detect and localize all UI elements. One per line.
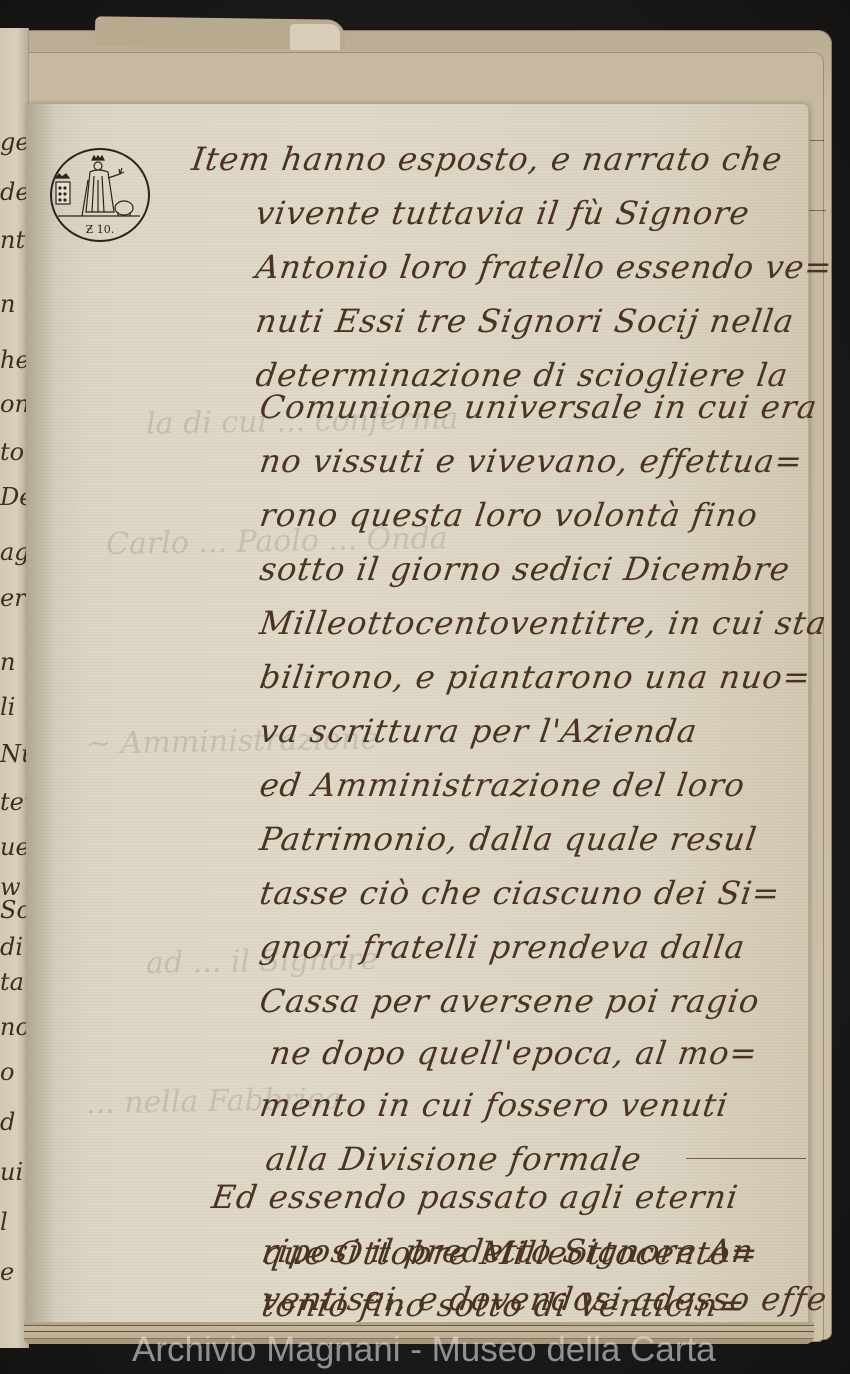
left-fragment: to [0,438,24,466]
left-fragment: nto [0,226,29,254]
manuscript-line: ventisei, e dovendosi adesso effe [259,1280,829,1318]
manuscript-line: vivente tuttavia il fù Signore [253,194,752,232]
manuscript-line: rono questa loro volontà fino [257,496,760,534]
manuscript-line: sotto il giorno sedici Dicembre [257,550,792,588]
left-fragment: ta [0,968,24,996]
manuscript-line: Cassa per aversene poi ragio [257,982,762,1020]
sheet-corner [290,24,340,50]
manuscript-line: bilirono, e piantarono una nuo= [257,658,813,696]
manuscript-line: Antonio loro fratello essendo ve= [253,248,835,286]
archive-watermark: Archivio Magnani - Museo della Carta [132,1330,842,1370]
closing-rule [686,1158,806,1159]
manuscript-line: mento in cui fossero venuti [257,1086,730,1124]
left-fragment: n [0,290,15,318]
manuscript-line: Ed essendo passato agli eterni [209,1178,740,1216]
revenue-stamp: Ƶ 10. [50,148,150,242]
left-fragment: l [0,1208,8,1236]
left-fragment: li [0,693,15,721]
manuscript-line: nuti Essi tre Signori Socij nella [253,302,796,340]
left-fragment: d [0,1108,15,1136]
manuscript-line: Item hanno esposto, e narrato che [189,140,785,178]
left-fragment: Nu [0,740,29,768]
spine-shadow [26,104,56,1326]
left-fragment: ui [0,1158,23,1186]
manuscript-line: tasse ciò che ciascuno dei Si= [257,874,782,912]
margin-notes [808,110,826,230]
left-fragment: ge [0,128,29,156]
manuscript-line: ne dopo quell'epoca, al mo= [267,1034,760,1072]
previous-page-edge: ge dei nto n he on to Dei agg ero n li N… [0,28,29,1348]
manuscript-line: Milleottocentoventitre, in cui sta [257,604,829,642]
left-fragment: Sc [0,896,29,924]
left-fragment: o [0,1058,14,1086]
left-fragment: di [0,933,23,961]
manuscript-line: no vissuti e vivevano, effettua= [257,442,805,480]
left-fragment: ero [0,584,29,612]
manuscript-line: Patrimonio, dalla quale resul [257,820,759,858]
manuscript-line: que Ottobre Milleottocento= [259,1234,761,1272]
left-fragment: he [0,346,29,374]
manuscript-line: Comunione universale in cui era [257,388,820,426]
manuscript-line: gnori fratelli prendeva dalla [257,928,747,966]
left-fragment: teu [0,788,29,816]
left-fragment: ue [0,833,29,861]
left-fragment: no [0,1013,29,1041]
left-fragment: n [0,648,15,676]
manuscript-line: ed Amministrazione del loro [257,766,747,804]
manuscript-line: va scrittura per l'Azienda [257,712,700,750]
manuscript-line: alla Divisione formale [263,1140,644,1178]
left-fragment: on [0,390,29,418]
manuscript-page: la di cui ... conferma Carlo ... Paolo .… [26,104,808,1326]
left-fragment: e [0,1258,14,1286]
stamp-value: Ƶ 10. [52,223,148,236]
left-fragment: agg [0,538,29,566]
left-fragment: Dei [0,483,29,511]
left-fragment: dei [0,178,29,206]
